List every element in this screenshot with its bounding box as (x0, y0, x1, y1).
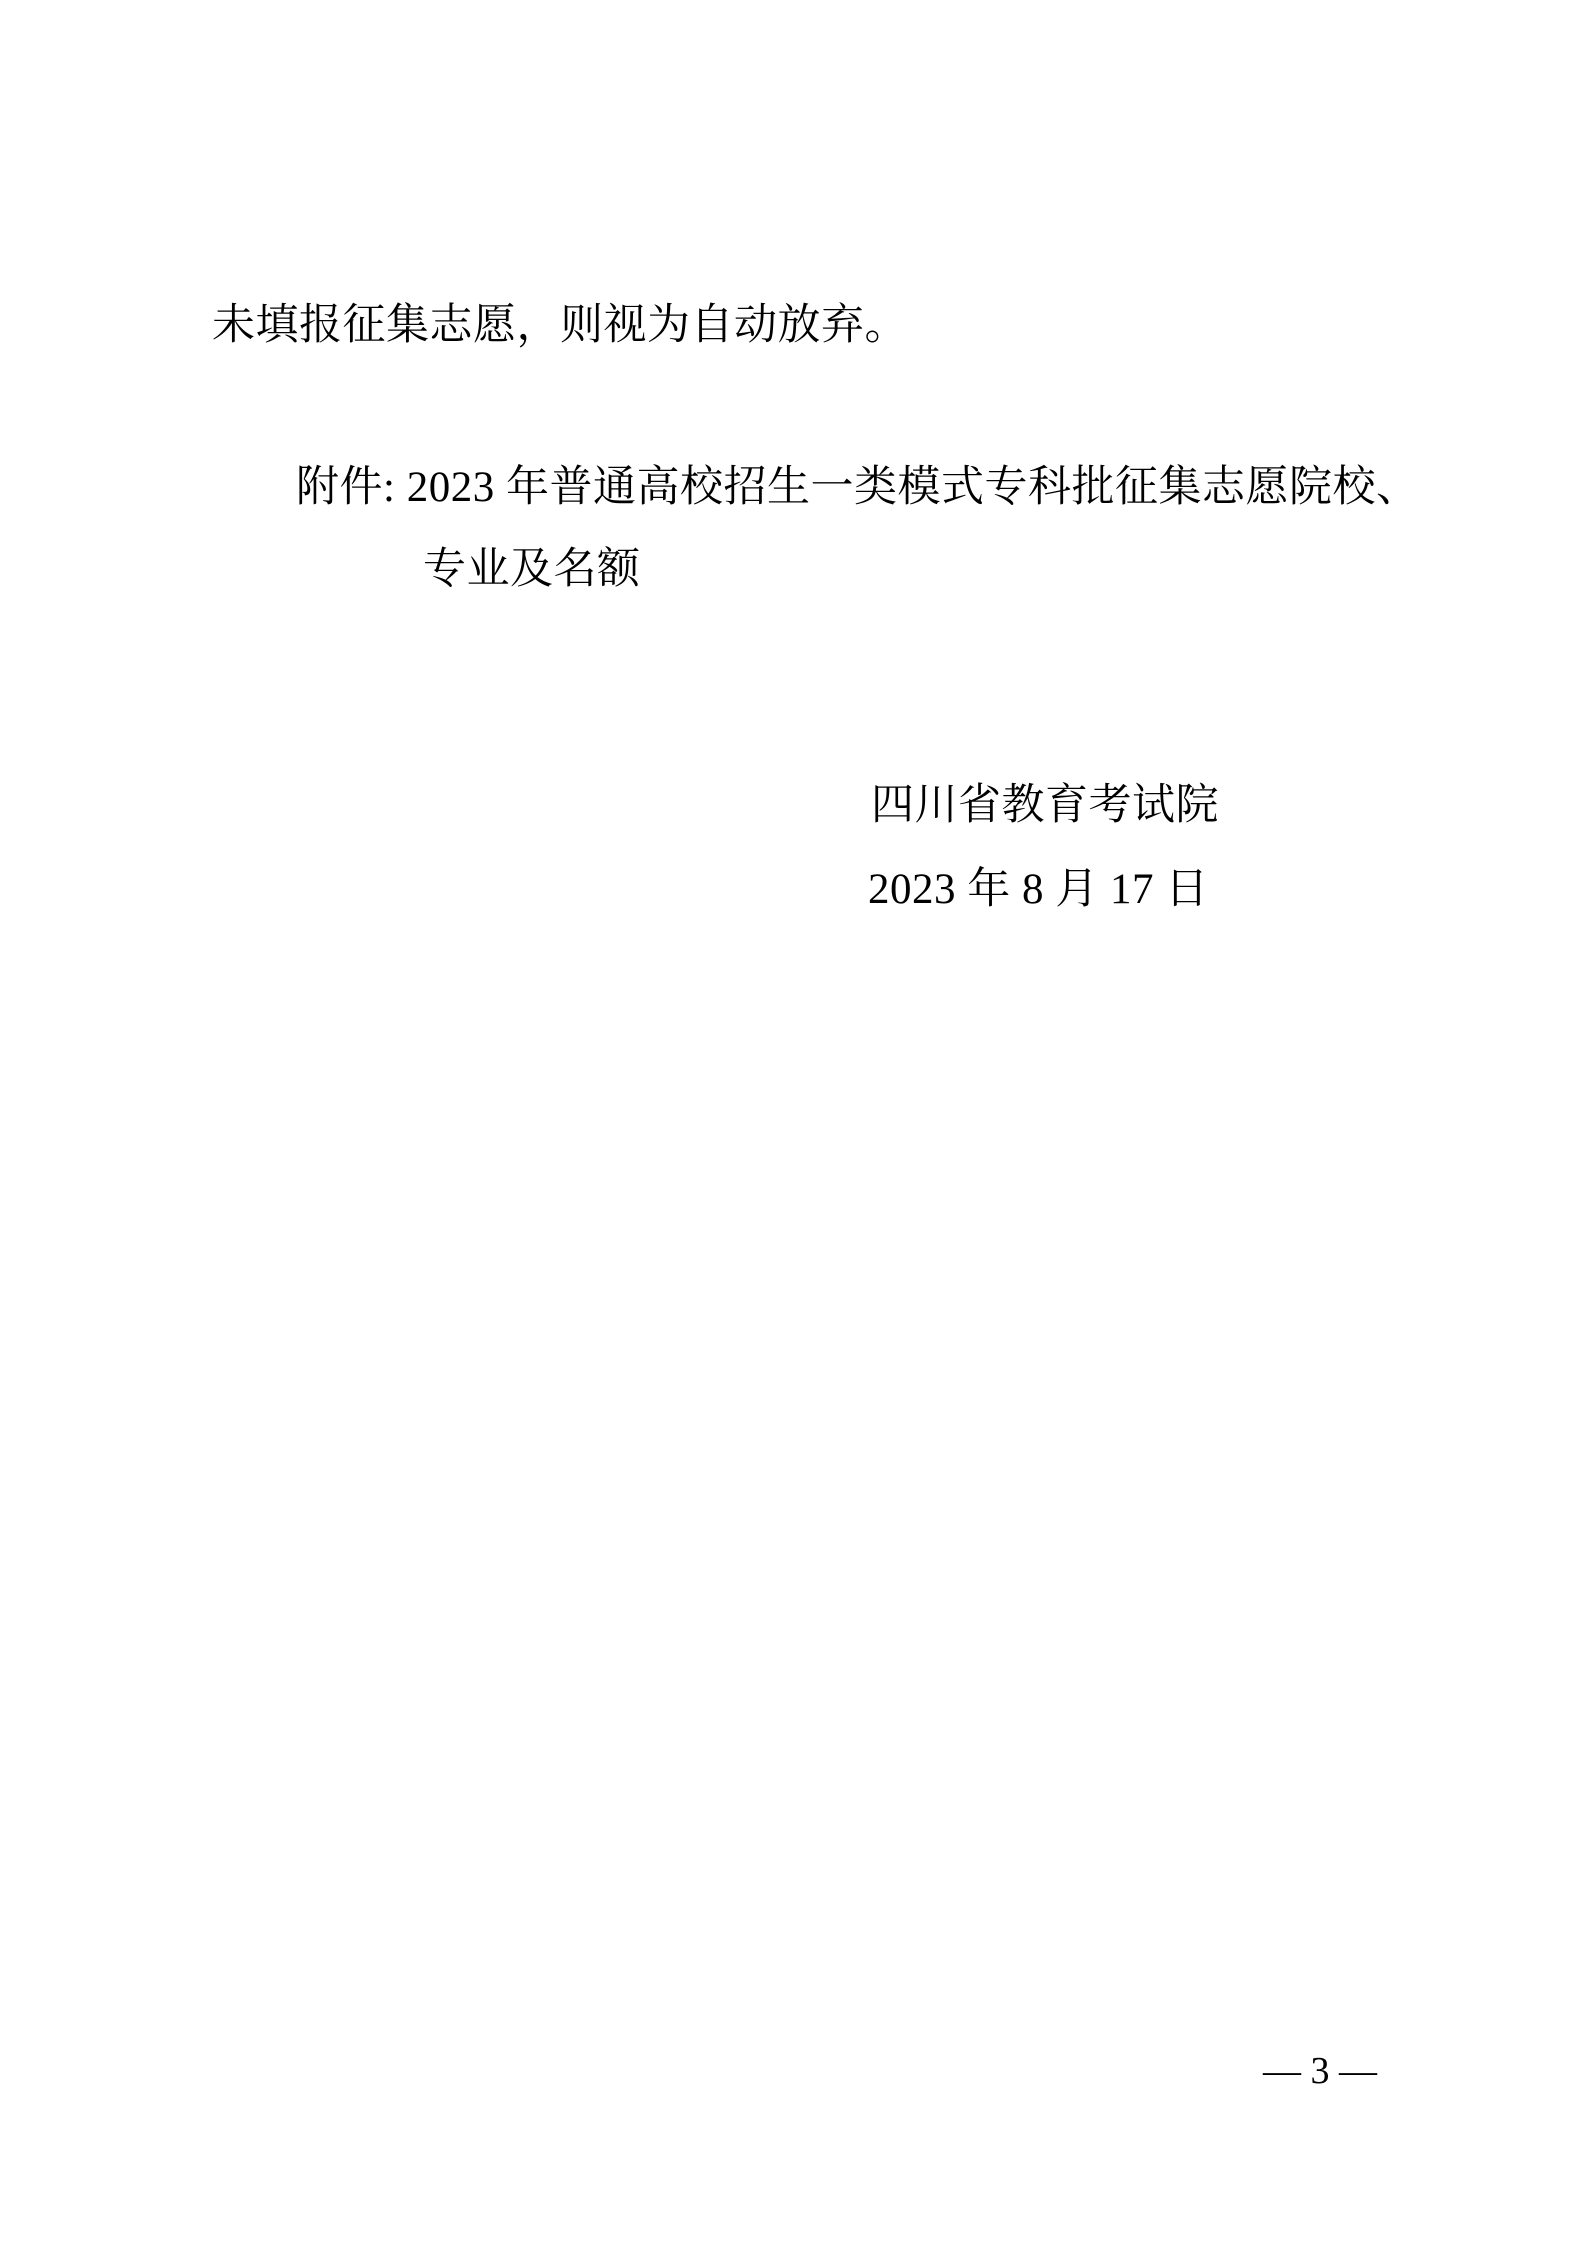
attachment-line-2: 专业及名额 (423, 548, 641, 591)
page-number: — 3 — (1190, 2052, 1450, 2090)
attachment-line-1: 附件: 2023 年普通高校招生一类模式专科批征集志愿院校、 (296, 466, 1419, 509)
body-paragraph: 未填报征集志愿，则视为自动放弃。 (212, 304, 908, 347)
signature-organization: 四川省教育考试院 (871, 784, 1219, 827)
signature-date: 2023 年 8 月 17 日 (868, 868, 1209, 911)
document-page: 未填报征集志愿，则视为自动放弃。 附件: 2023 年普通高校招生一类模式专科批… (0, 0, 1587, 2245)
